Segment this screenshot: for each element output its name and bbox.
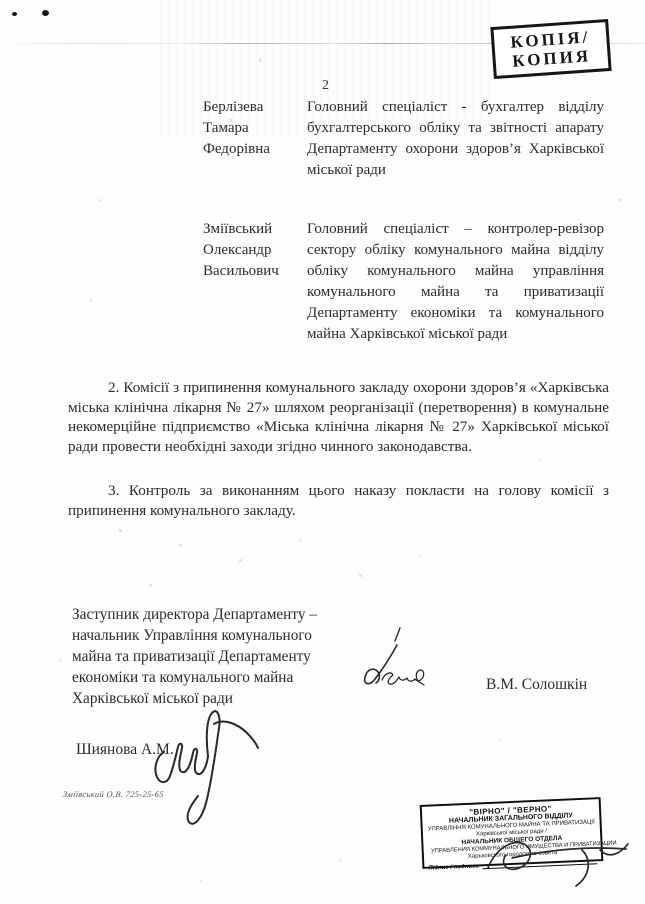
signatory-name: В.М. Солошкін [486, 676, 587, 694]
handwritten-signature-soloshkin [338, 610, 433, 705]
cert-stamp-signature-label: Підпис / подпись [428, 863, 479, 871]
appointee-role: Головний спеціаліст – контролер-ревізор … [307, 219, 604, 345]
handwritten-signature-stamp [478, 826, 633, 892]
signatory-title: Заступник директора Департаменту – начал… [72, 604, 338, 709]
appointee-name: Зміївський Олександр Васильович [203, 219, 305, 282]
page-number: 2 [322, 78, 329, 94]
executor-note: Зміївський О.В. 725-25-65 [63, 789, 165, 799]
copy-stamp: КОПІЯ/ КОПИЯ [490, 19, 611, 79]
order-paragraph-2: 2. Комісії з припинення комунального зак… [68, 378, 609, 456]
scan-noise [0, 0, 1, 1]
order-paragraph-3: 3. Контроль за виконанням цього наказу п… [68, 481, 609, 520]
scan-speck [12, 12, 17, 16]
scan-speck [42, 10, 49, 16]
appointee-role: Головний спеціаліст - бухгалтер відділу … [307, 97, 604, 181]
handwritten-signature-shiyanova [150, 700, 270, 835]
appointee-name: Берлізева Тамара Федорівна [203, 97, 305, 160]
copy-stamp-line2: КОПИЯ [512, 46, 592, 70]
